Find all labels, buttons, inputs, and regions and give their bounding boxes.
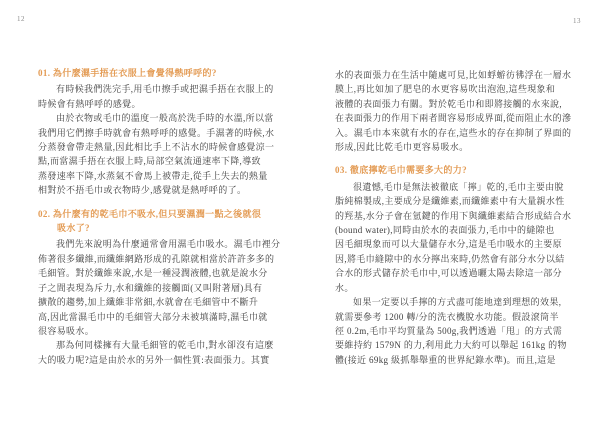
text-line: 大的吸力呢?這是由於水的另外一個性質:表面張力。其實: [38, 353, 276, 367]
page-left: 12 01. 為什麼濕手捂在衣服上會覺得熱呼呼的?有時候我們洗完手,用毛巾擦手或…: [0, 0, 300, 424]
text-line: 那為何同樣擁有大量毛細管的乾毛巾,對水卻沒有這麼: [38, 338, 276, 352]
text-line: 蒸發速率下降,水蒸氣不會馬上被帶走,從手上失去的熱量: [38, 169, 276, 183]
paragraph: 由於衣物或毛巾的溫度一般高於洗手時的水溫,所以當我們用它們擦手時就會有熱呼呼的感…: [38, 111, 276, 197]
text-line: 點,而當濕手捂在衣服上時,局部空氣流通速率下降,導致: [38, 154, 276, 168]
text-line: 01. 為什麼濕手捂在衣服上會覺得熱呼呼的?: [38, 66, 276, 80]
text-line: 佈著很多纖維,而纖維網路形成的孔隙就相當於許許多多的: [38, 252, 276, 266]
text-line: 水的表面張力在生活中隨處可見,比如蜉蝣彷彿浮在一層水: [335, 68, 573, 82]
text-line: 膜上,再比如加了肥皂的水更容易吹出泡泡,這些現象和: [335, 82, 573, 96]
text-line: 脂純棉製成,主要成分是纖維素,而纖維素中有大量親水性: [335, 194, 573, 208]
text-line: 時候會有熱呼呼的感覺。: [38, 97, 276, 111]
page-content-right: 水的表面張力在生活中隨處可見,比如蜉蝣彷彿浮在一層水膜上,再比如加了肥皂的水更容…: [335, 68, 573, 367]
text-line: 我們先來說明為什麼通常會用濕毛巾吸水。濕毛巾裡分: [38, 237, 276, 251]
paragraph: 很遺憾,毛巾是無法被徹底「擰」乾的,毛巾主要由脫脂純棉製成,主要成分是纖維素,而…: [335, 180, 573, 295]
text-line: 合水的形式儲存於毛巾中,可以透過曬太陽去除這一部分: [335, 266, 573, 280]
text-line: 相對於不捂毛巾或衣物時少,感覺就是熱呼呼的了。: [38, 183, 276, 197]
text-line: 分蒸發會帶走熱量,因此相比手上不沾水的時候會感覺涼一: [38, 140, 276, 154]
text-line: 液體的表面張力有關。對於乾毛巾和即將接觸的水來說,: [335, 97, 573, 111]
text-line: 由於衣物或毛巾的溫度一般高於洗手時的水溫,所以當: [38, 111, 276, 125]
text-line: 毛細管。對於纖維來說,水是一種浸潤液體,也就是說水分: [38, 266, 276, 280]
text-line: 水。: [335, 281, 573, 295]
text-line: 有時候我們洗完手,用毛巾擦手或把濕手捂在衣服上的: [38, 82, 276, 96]
text-line: 03. 徹底擰乾毛巾需要多大的力?: [335, 163, 573, 177]
paragraph: 如果一定要以手擰的方式盡可能地達到理想的效果,就需要參考 1200 轉/分的洗衣…: [335, 295, 573, 367]
text-line: (bound water),同時由於水的表面張力,毛巾中的縫隙也: [335, 223, 573, 237]
paragraph: 水的表面張力在生活中隨處可見,比如蜉蝣彷彿浮在一層水膜上,再比如加了肥皂的水更容…: [335, 68, 573, 154]
text-line: 的羥基,水分子會在氫鍵的作用下與纖維素結合形成結合水: [335, 209, 573, 223]
text-line: 高,因此當濕毛巾中的毛細管大部分未被填滿時,濕毛巾就: [38, 310, 276, 324]
section-heading: 02. 為什麼有的乾毛巾不吸水,但只要濕潤一點之後就很吸水了?: [38, 207, 276, 236]
paragraph: 那為何同樣擁有大量毛細管的乾毛巾,對水卻沒有這麼大的吸力呢?這是由於水的另外一個…: [38, 338, 276, 367]
text-line: 吸水了?: [38, 221, 276, 235]
page-content-left: 01. 為什麼濕手捂在衣服上會覺得熱呼呼的?有時候我們洗完手,用毛巾擦手或把濕手…: [38, 66, 276, 367]
text-line: 很遺憾,毛巾是無法被徹底「擰」乾的,毛巾主要由脫: [335, 180, 573, 194]
text-line: 子之間表現為斥力,水和纖維的接觸面(又叫附著層)具有: [38, 281, 276, 295]
text-line: 徑 0.2m,毛巾平均質量為 500g,我們透過「甩」的方式需: [335, 324, 573, 338]
text-line: 因,將毛巾縫隙中的水分擰出來時,仍然會有部分水分以結: [335, 252, 573, 266]
text-line: 擴散的趨勢,加上纖維非常細,水就會在毛細管中不斷升: [38, 295, 276, 309]
page-number-right: 13: [573, 17, 581, 25]
page-right: 13 水的表面張力在生活中隨處可見,比如蜉蝣彷彿浮在一層水膜上,再比如加了肥皂的…: [300, 0, 600, 424]
text-line: 02. 為什麼有的乾毛巾不吸水,但只要濕潤一點之後就很: [38, 207, 276, 221]
text-line: 如果一定要以手擰的方式盡可能地達到理想的效果,: [335, 295, 573, 309]
text-line: 很容易吸水。: [38, 324, 276, 338]
text-line: 要維持約 1579N 的力,利用此力大約可以舉起 161kg 的物: [335, 338, 573, 352]
section-heading: 03. 徹底擰乾毛巾需要多大的力?: [335, 163, 573, 177]
text-line: 在表面張力的作用下兩者間容易形成界面,從而阻止水的滲: [335, 111, 573, 125]
paragraph: 我們先來說明為什麼通常會用濕毛巾吸水。濕毛巾裡分佈著很多纖維,而纖維網路形成的孔…: [38, 237, 276, 338]
book-spread: 12 01. 為什麼濕手捂在衣服上會覺得熱呼呼的?有時候我們洗完手,用毛巾擦手或…: [0, 0, 600, 424]
paragraph: 有時候我們洗完手,用毛巾擦手或把濕手捂在衣服上的時候會有熱呼呼的感覺。: [38, 82, 276, 111]
text-line: 因毛細現象而可以大量儲存水分,這是毛巾吸水的主要原: [335, 237, 573, 251]
page-number-left: 12: [17, 15, 25, 23]
text-line: 體(接近 69kg 級抓舉舉重的世界紀錄水準)。而且,這是: [335, 353, 573, 367]
section-heading: 01. 為什麼濕手捂在衣服上會覺得熱呼呼的?: [38, 66, 276, 80]
text-line: 入。濕毛巾本來就有水的存在,這些水的存在抑制了界面的: [335, 126, 573, 140]
text-line: 我們用它們擦手時就會有熱呼呼的感覺。手濕著的時候,水: [38, 126, 276, 140]
text-line: 就需要參考 1200 轉/分的洗衣機脫水功能。假設滾筒半: [335, 310, 573, 324]
text-line: 形成,因此比乾毛巾更容易吸水。: [335, 140, 573, 154]
